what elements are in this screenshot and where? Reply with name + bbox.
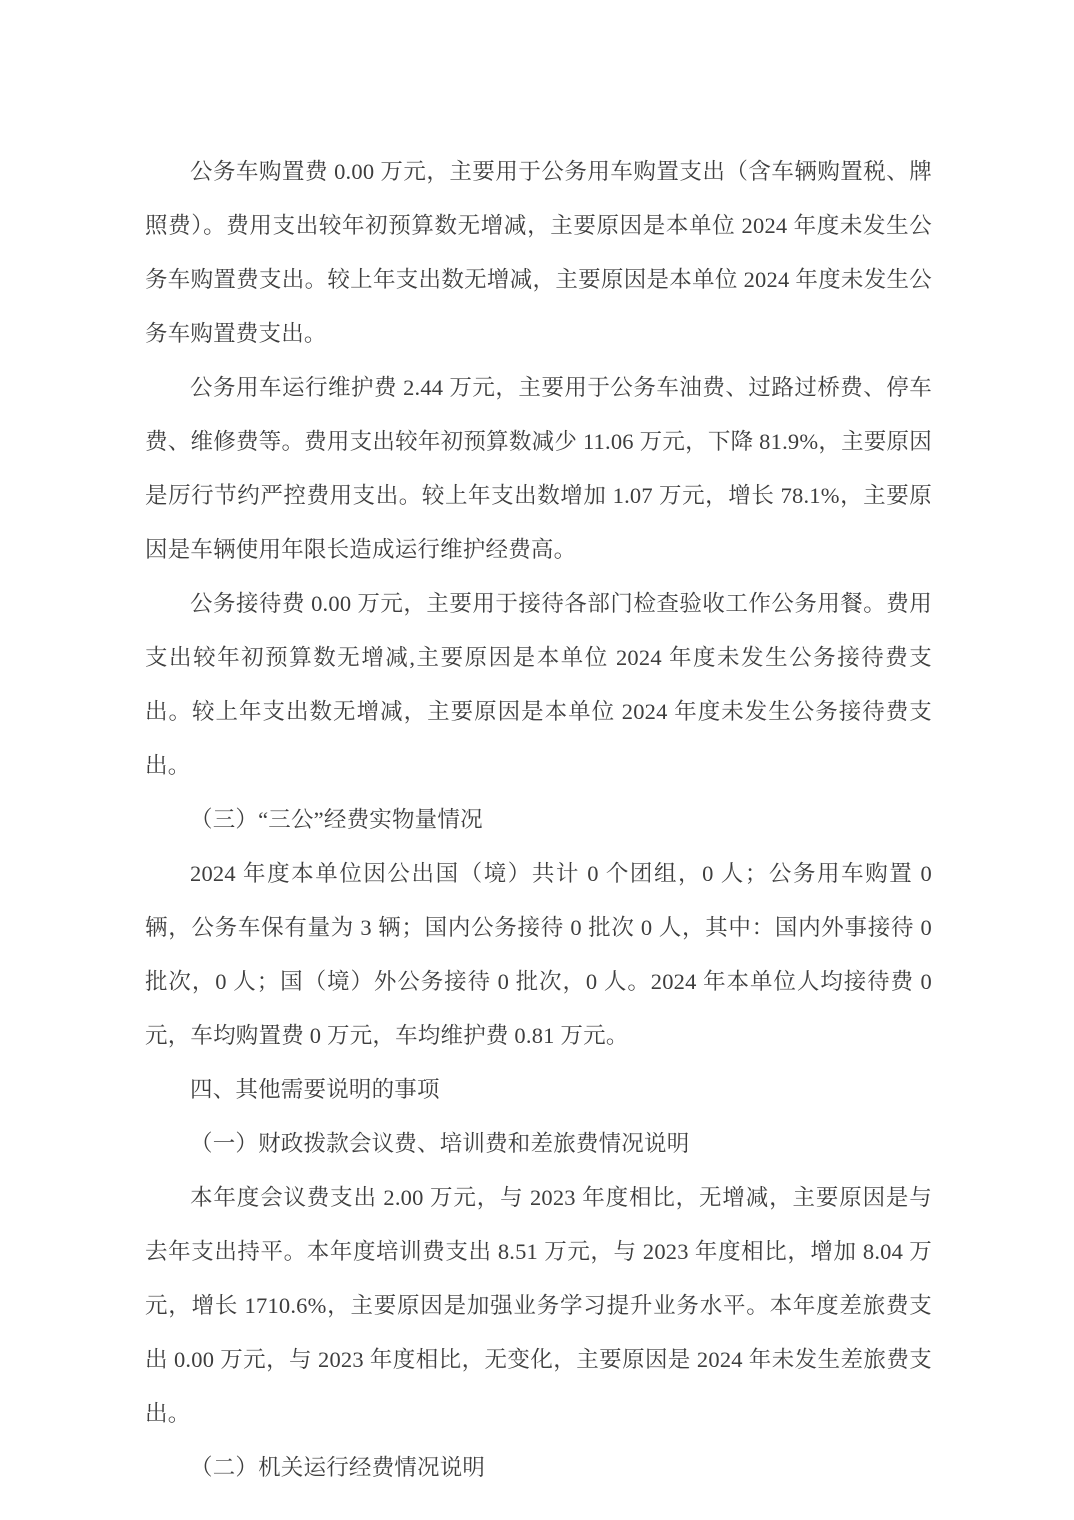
document-page: 公务车购置费 0.00 万元，主要用于公务用车购置支出（含车辆购置税、牌照费）。…	[0, 0, 1074, 1520]
paragraph-physical-quantity-detail: 2024 年度本单位因公出国（境）共计 0 个团组，0 人；公务用车购置 0 辆…	[145, 847, 932, 1063]
heading-other-matters: 四、其他需要说明的事项	[145, 1063, 932, 1117]
heading-agency-operating-expenses: （二）机关运行经费情况说明	[145, 1441, 932, 1495]
paragraph-official-reception-fee: 公务接待费 0.00 万元，主要用于接待各部门检查验收工作公务用餐。费用支出较年…	[145, 577, 932, 793]
paragraph-vehicle-purchase-fee: 公务车购置费 0.00 万元，主要用于公务用车购置支出（含车辆购置税、牌照费）。…	[145, 145, 932, 361]
heading-three-public-funds-physical-quantity: （三）“三公”经费实物量情况	[145, 793, 932, 847]
paragraph-vehicle-operation-maintenance-fee: 公务用车运行维护费 2.44 万元，主要用于公务车油费、过路过桥费、停车费、维修…	[145, 361, 932, 577]
paragraph-meeting-training-travel-detail: 本年度会议费支出 2.00 万元，与 2023 年度相比，无增减，主要原因是与去…	[145, 1171, 932, 1441]
heading-meeting-training-travel-fees: （一）财政拨款会议费、培训费和差旅费情况说明	[145, 1117, 932, 1171]
